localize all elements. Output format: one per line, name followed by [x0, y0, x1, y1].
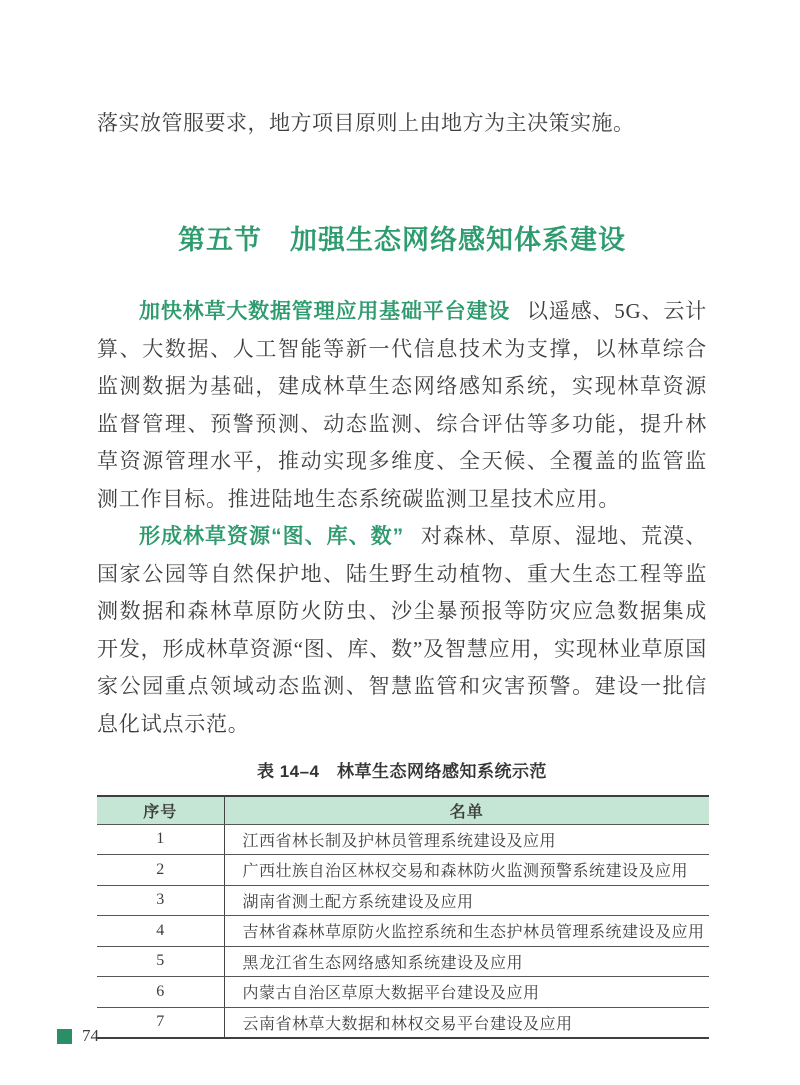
table-body: 1 江西省林长制及护林员管理系统建设及应用 2 广西壮族自治区林权交易和森林防火… — [97, 824, 709, 1038]
table-header-row: 序号 名单 — [97, 796, 709, 824]
row-serial: 3 — [97, 885, 224, 916]
document-page: 落实放管服要求，地方项目原则上由地方为主决策实施。 第五节 加强生态网络感知体系… — [0, 0, 800, 1085]
body-paragraph-1: 加快林草大数据管理应用基础平台建设以遥感、5G、云计算、大数据、人工智能等新一代… — [97, 293, 707, 518]
row-name: 吉林省森林草原防火监控系统和生态护林员管理系统建设及应用 — [224, 916, 709, 947]
row-serial: 4 — [97, 916, 224, 947]
row-name: 广西壮族自治区林权交易和森林防火监测预警系统建设及应用 — [224, 855, 709, 886]
table-row: 1 江西省林长制及护林员管理系统建设及应用 — [97, 824, 709, 855]
table-row: 3 湖南省测土配方系统建设及应用 — [97, 885, 709, 916]
column-header-serial: 序号 — [97, 796, 224, 824]
paragraph-2-text: 对森林、草原、湿地、荒漠、国家公园等自然保护地、陆生野生动植物、重大生态工程等监… — [97, 524, 707, 736]
body-paragraph-2: 形成林草资源“图、库、数”对森林、草原、湿地、荒漠、国家公园等自然保护地、陆生野… — [97, 518, 707, 743]
row-serial: 5 — [97, 946, 224, 977]
row-name: 江西省林长制及护林员管理系统建设及应用 — [224, 824, 709, 855]
row-serial: 7 — [97, 1007, 224, 1038]
table-row: 6 内蒙古自治区草原大数据平台建设及应用 — [97, 977, 709, 1008]
page-content: 落实放管服要求，地方项目原则上由地方为主决策实施。 第五节 加强生态网络感知体系… — [97, 0, 707, 1039]
table-row: 2 广西壮族自治区林权交易和森林防火监测预警系统建设及应用 — [97, 855, 709, 886]
row-name: 内蒙古自治区草原大数据平台建设及应用 — [224, 977, 709, 1008]
row-serial: 2 — [97, 855, 224, 886]
demonstration-systems-table: 序号 名单 1 江西省林长制及护林员管理系统建设及应用 2 广西壮族自治区林权交… — [97, 795, 709, 1039]
paragraph-2-lead: 形成林草资源“图、库、数” — [139, 525, 404, 548]
paragraph-1-text: 以遥感、5G、云计算、大数据、人工智能等新一代信息技术为支撑，以林草综合监测数据… — [97, 299, 707, 511]
paragraph-1-lead: 加快林草大数据管理应用基础平台建设 — [139, 300, 510, 323]
row-serial: 1 — [97, 824, 224, 855]
page-footer: 74 — [57, 1026, 99, 1046]
table-row: 5 黑龙江省生态网络感知系统建设及应用 — [97, 946, 709, 977]
table-header: 序号 名单 — [97, 796, 709, 824]
intro-paragraph: 落实放管服要求，地方项目原则上由地方为主决策实施。 — [97, 0, 707, 142]
table-caption: 表 14–4 林草生态网络感知系统示范 — [97, 757, 707, 782]
row-name: 云南省林草大数据和林权交易平台建设及应用 — [224, 1007, 709, 1038]
section-title: 第五节 加强生态网络感知体系建设 — [97, 218, 707, 257]
row-serial: 6 — [97, 977, 224, 1008]
page-marker-square — [57, 1029, 72, 1044]
table-row: 7 云南省林草大数据和林权交易平台建设及应用 — [97, 1007, 709, 1038]
page-number: 74 — [82, 1026, 99, 1046]
column-header-name: 名单 — [224, 796, 709, 824]
row-name: 黑龙江省生态网络感知系统建设及应用 — [224, 946, 709, 977]
table-row: 4 吉林省森林草原防火监控系统和生态护林员管理系统建设及应用 — [97, 916, 709, 947]
row-name: 湖南省测土配方系统建设及应用 — [224, 885, 709, 916]
